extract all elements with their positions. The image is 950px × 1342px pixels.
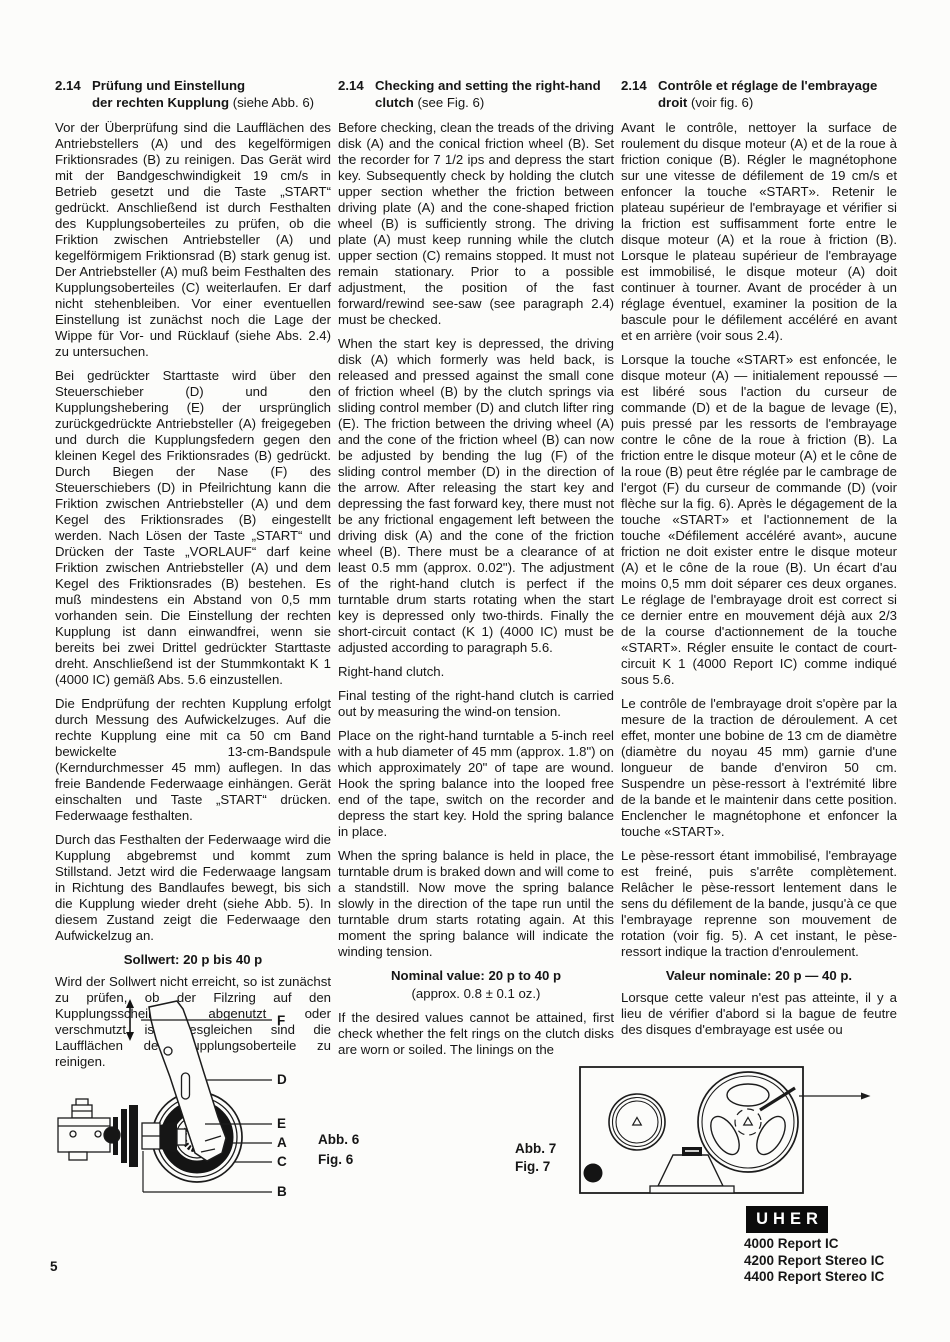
section-number: 2.14: [55, 78, 92, 111]
direction-arrow-icon: [126, 999, 134, 1041]
tape-direction-arrow-icon: [799, 1093, 871, 1100]
paragraph: Vor der Überprüfung sind die Laufflächen…: [55, 120, 331, 360]
paragraph: Lorsque la touche «START» est enfoncée, …: [621, 352, 897, 688]
clutch-drawing: [55, 995, 400, 1210]
fig6-label-D: D: [277, 1073, 287, 1087]
figure-7-recorder-diagram: Abb. 7 Fig. 7: [515, 1060, 895, 1205]
recorder-drawing: [515, 1060, 895, 1205]
column-french: 2.14 Contrôle et réglage de l'embrayage …: [621, 78, 897, 1046]
paragraph: Durch das Festhalten der Federwaage wird…: [55, 832, 331, 944]
heading-line2: clutch: [375, 95, 414, 110]
paragraph: Lorsque cette valeur n'est pas atteinte,…: [621, 990, 897, 1038]
manual-page: 2.14 Prüfung und Einstellung der rechten…: [0, 0, 950, 1342]
heading-figure-ref: (see Fig. 6): [418, 95, 485, 110]
section-number: 2.14: [338, 78, 375, 111]
paragraph: Avant le contrôle, nettoyer la surface d…: [621, 120, 897, 344]
fig6-label-C: C: [277, 1155, 287, 1169]
section-number: 2.14: [621, 78, 658, 111]
section-heading-english: 2.14 Checking and setting the right-hand…: [338, 78, 614, 111]
paragraph: Die Endprüfung der rechten Kupplung erfo…: [55, 696, 331, 824]
paragraph: Bei gedrückter Starttaste wird über den …: [55, 368, 331, 688]
column-english: 2.14 Checking and setting the right-hand…: [338, 78, 614, 1066]
paragraph: Final testing of the right-hand clutch i…: [338, 688, 614, 720]
column-paragraphs: Vor der Überprüfung sind die Laufflächen…: [55, 120, 331, 1070]
nominal-value-line: Nominal value: 20 p to 40 p: [338, 968, 614, 984]
fig6-label-E: E: [277, 1117, 286, 1131]
paragraph: When the start key is depressed, the dri…: [338, 336, 614, 656]
model-line: 4200 Report Stereo IC: [744, 1253, 884, 1270]
paragraph: Place on the right-hand turntable a 5-in…: [338, 728, 614, 840]
heading-figure-ref: (siehe Abb. 6): [233, 95, 314, 110]
fig6-caption-german: Abb. 6: [318, 1133, 359, 1147]
paragraph: Before checking, clean the treads of the…: [338, 120, 614, 328]
column-german: 2.14 Prüfung und Einstellung der rechten…: [55, 78, 331, 1078]
figure-6-clutch-diagram: F D E A C B Abb. 6 Fig. 6: [55, 995, 400, 1210]
heading-line1: Prüfung und Einstellung: [92, 78, 245, 93]
uher-logo: UHER: [746, 1206, 828, 1233]
heading-line2: droit: [658, 95, 687, 110]
fig6-label-B: B: [277, 1185, 287, 1199]
fig7-caption-english: Fig. 7: [515, 1160, 550, 1174]
paragraph: Right-hand clutch.: [338, 664, 614, 680]
nominal-value-line: Valeur nominale: 20 p — 40 p.: [621, 968, 897, 984]
fig6-label-A: A: [277, 1136, 287, 1150]
page-number: 5: [50, 1259, 58, 1274]
paragraph: Le contrôle de l'embrayage droit s'opère…: [621, 696, 897, 840]
heading-figure-ref: (voir fig. 6): [691, 95, 753, 110]
section-heading-french: 2.14 Contrôle et réglage de l'embrayage …: [621, 78, 897, 111]
section-heading-german: 2.14 Prüfung und Einstellung der rechten…: [55, 78, 331, 111]
heading-line1: Checking and setting the right-hand: [375, 78, 601, 93]
fig7-caption-german: Abb. 7: [515, 1142, 556, 1156]
heading-line1: Contrôle et réglage de l'embrayage: [658, 78, 877, 93]
paragraph: Le pèse-ressort étant immobilisé, l'embr…: [621, 848, 897, 960]
model-list: 4000 Report IC 4200 Report Stereo IC 440…: [744, 1236, 884, 1286]
column-paragraphs: Before checking, clean the treads of the…: [338, 120, 614, 1058]
column-paragraphs: Avant le contrôle, nettoyer la surface d…: [621, 120, 897, 1038]
fig6-caption-english: Fig. 6: [318, 1153, 353, 1167]
model-line: 4400 Report Stereo IC: [744, 1269, 884, 1286]
paragraph: When the spring balance is held in place…: [338, 848, 614, 960]
fig6-label-F: F: [277, 1014, 285, 1028]
model-line: 4000 Report IC: [744, 1236, 884, 1253]
control-knob: [584, 1164, 603, 1183]
nominal-value-line: Sollwert: 20 p bis 40 p: [55, 952, 331, 968]
heading-line2: der rechten Kupplung: [92, 95, 229, 110]
